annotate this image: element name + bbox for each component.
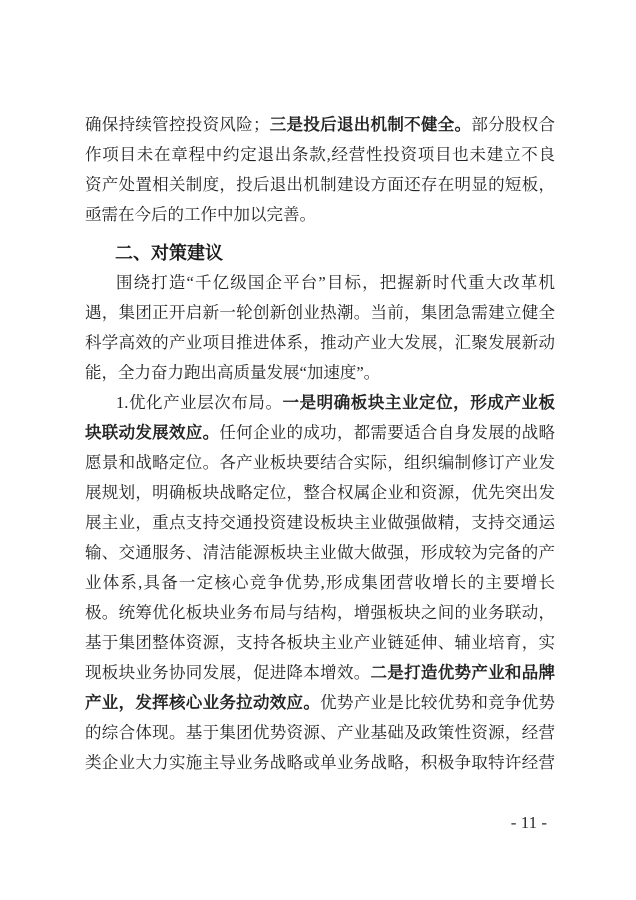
text-line: 资产处置相关制度，投后退出机制建设方面还存在明显的短板， (85, 170, 555, 200)
text-run: 展主业，重点支持交通投资建设板块主业做强做精，支持交通运 (85, 513, 555, 532)
text-line: 类企业大力实施主导业务战略或单业务战略，积极争取特许经营 (85, 748, 555, 778)
text-line: 的综合体现。基于集团优势资源、产业基础及政策性资源，经营 (85, 718, 555, 748)
text-line: 极。统筹优化板块业务布局与结构，增强板块之间的业务联动， (85, 598, 555, 628)
text-run: 确保持续管控投资风险； (85, 115, 269, 134)
emphasis-text-run: 二、对策建议 (115, 243, 223, 263)
text-line: 围绕打造“千亿级国企平台”目标，把握新时代重大改革机 (85, 268, 555, 298)
text-run: 业体系,具备一定核心竞争优势,形成集团营收增长的主要增长 (85, 573, 555, 592)
text-line: 现板块业务协同发展，促进降本增效。二是打造优势产业和品牌 (85, 658, 555, 688)
text-run: 资产处置相关制度，投后退出机制建设方面还存在明显的短板， (85, 175, 555, 194)
text-run: 作项目未在章程中约定退出条款,经营性投资项目也未建立不良 (85, 145, 555, 164)
text-run: 任何企业的成功，都需要适合自身发展的战略 (219, 423, 555, 442)
text-line: 产业，发挥核心业务拉动效应。优势产业是比较优势和竞争优势 (85, 688, 555, 718)
text-line: 亟需在今后的工作中加以完善。 (85, 200, 555, 230)
text-line: 遇，集团正开启新一轮创新创业热潮。当前，集团急需建立健全 (85, 298, 555, 328)
text-run: 现板块业务协同发展，促进降本增效。 (85, 663, 371, 682)
text-run: 围绕打造“千亿级国企平台”目标，把握新时代重大改革机 (116, 273, 555, 292)
text-run: 亟需在今后的工作中加以完善。 (85, 205, 316, 224)
text-line: 输、交通服务、清洁能源板块主业做大做强，形成较为完备的产 (85, 538, 555, 568)
text-line: 科学高效的产业项目推进体系，推动产业大发展，汇聚发展新动 (85, 328, 555, 358)
emphasis-text-run: 产业，发挥核心业务拉动效应。 (85, 693, 320, 712)
text-line: 业体系,具备一定核心竞争优势,形成集团营收增长的主要增长 (85, 568, 555, 598)
text-line: 能，全力奋力跑出高质量发展“加速度”。 (85, 358, 555, 388)
text-run: 科学高效的产业项目推进体系，推动产业大发展，汇聚发展新动 (85, 333, 555, 352)
text-run: 输、交通服务、清洁能源板块主业做大做强，形成较为完备的产 (85, 543, 555, 562)
document-text-body: 确保持续管控投资风险；三是投后退出机制不健全。部分股权合作项目未在章程中约定退出… (85, 110, 555, 778)
text-line: 1.优化产业层次布局。一是明确板块主业定位，形成产业板 (85, 388, 555, 418)
text-line: 基于集团整体资源，支持各板块主业产业链延伸、辅业培育，实 (85, 628, 555, 658)
text-run: 部分股权合 (471, 115, 555, 134)
text-run: 类企业大力实施主导业务战略或单业务战略，积极争取特许经营 (85, 753, 555, 772)
section-heading: 二、对策建议 (85, 238, 555, 268)
text-line: 作项目未在章程中约定退出条款,经营性投资项目也未建立不良 (85, 140, 555, 170)
emphasis-text-run: 块联动发展效应。 (85, 423, 219, 442)
text-line: 块联动发展效应。任何企业的成功，都需要适合自身发展的战略 (85, 418, 555, 448)
text-line: 愿景和战略定位。各产业板块要结合实际，组织编制修订产业发 (85, 448, 555, 478)
text-run: 的综合体现。基于集团优势资源、产业基础及政策性资源，经营 (85, 723, 555, 742)
text-line: 展规划，明确板块战略定位，整合权属企业和资源，优先突出发 (85, 478, 555, 508)
text-line: 确保持续管控投资风险；三是投后退出机制不健全。部分股权合 (85, 110, 555, 140)
text-line: 展主业，重点支持交通投资建设板块主业做强做精，支持交通运 (85, 508, 555, 538)
document-page: 确保持续管控投资风险；三是投后退出机制不健全。部分股权合作项目未在章程中约定退出… (0, 0, 636, 900)
text-run: 展规划，明确板块战略定位，整合权属企业和资源，优先突出发 (85, 483, 555, 502)
text-run: 能，全力奋力跑出高质量发展“加速度”。 (85, 363, 380, 382)
emphasis-text-run: 二是打造优势产业和品牌 (371, 663, 555, 682)
text-run: 极。统筹优化板块业务布局与结构，增强板块之间的业务联动， (85, 603, 555, 622)
text-run: 优势产业是比较优势和竞争优势 (320, 693, 555, 712)
emphasis-text-run: 三是投后退出机制不健全。 (269, 115, 471, 134)
text-run: 1.优化产业层次布局。 (116, 393, 283, 412)
page-number: - 11 - (0, 812, 547, 834)
emphasis-text-run: 一是明确板块主业定位，形成产业板 (283, 393, 555, 412)
text-run: 基于集团整体资源，支持各板块主业产业链延伸、辅业培育，实 (85, 633, 555, 652)
text-run: 遇，集团正开启新一轮创新创业热潮。当前，集团急需建立健全 (85, 303, 555, 322)
text-run: 愿景和战略定位。各产业板块要结合实际，组织编制修订产业发 (85, 453, 555, 472)
